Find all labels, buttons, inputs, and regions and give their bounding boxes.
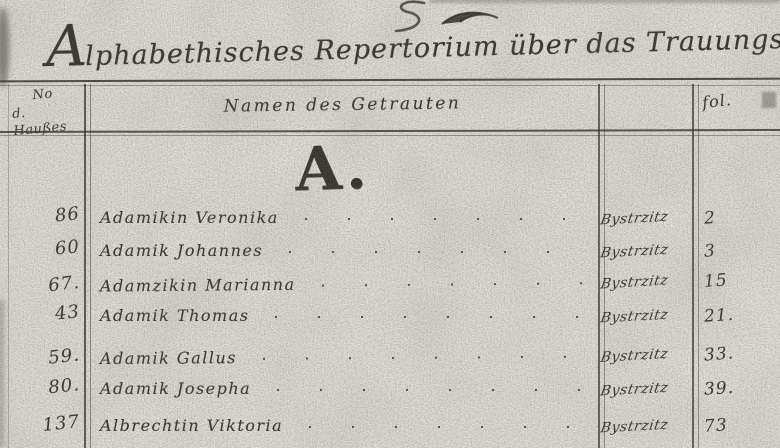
- parish-name: Bystrzitz: [599, 208, 692, 229]
- folio-number: 39.: [703, 376, 756, 400]
- scan-smudge-left: [0, 8, 9, 86]
- folio-number: 2: [703, 205, 756, 229]
- house-number: 43: [23, 301, 81, 328]
- person-name: Albrechtin Viktoria: [100, 416, 283, 435]
- title-rule-bottom: [0, 85, 780, 86]
- table-row: 80. Adamik Josepha Bystrzitz 39.: [0, 377, 780, 407]
- parish-name: Bystrzitz: [599, 241, 692, 262]
- leader-dots: [322, 282, 584, 286]
- parish-name: Bystrzitz: [599, 306, 692, 327]
- house-number-header-line2: d. Haußes: [11, 100, 84, 140]
- header-rule-top: [0, 129, 780, 133]
- leader-dots: [305, 218, 584, 220]
- folio-number: 3: [703, 238, 756, 262]
- scan-mark-right: [762, 92, 776, 108]
- house-number: 137: [23, 411, 81, 438]
- leader-dots: [309, 426, 584, 428]
- header-rule-bottom: [0, 135, 780, 136]
- person-name: Adamik Johannes: [100, 241, 263, 260]
- person-name: Adamikin Veronika: [100, 208, 279, 227]
- leader-dots: [275, 316, 584, 318]
- parish-name: Bystrzitz: [599, 379, 692, 400]
- folio-number: 21.: [703, 303, 756, 327]
- section-letter: A.: [294, 133, 372, 206]
- folio-number: 33.: [703, 342, 756, 366]
- table-row: 67. Adamzikin Marianna Bystrzitz 15: [0, 269, 780, 306]
- person-name: Adamik Thomas: [100, 306, 249, 325]
- folio-number: 73: [703, 413, 756, 437]
- house-number: 59.: [23, 344, 81, 371]
- table-row: 60 Adamik Johannes Bystrzitz 3: [0, 239, 780, 269]
- page-title: Alphabethisches Repertorium über das Tra…: [45, 0, 707, 88]
- column-header-names: Namen des Getrauten: [90, 91, 595, 118]
- person-name: Adamzikin Marianna: [100, 275, 296, 296]
- table-row: 86 Adamikin Veronika Bystrzitz 2: [0, 206, 780, 236]
- parish-name: Bystrzitz: [599, 345, 692, 366]
- house-number: 80.: [23, 374, 81, 401]
- house-number: 86: [23, 203, 81, 230]
- leader-dots: [277, 389, 584, 391]
- table-row: 137 Albrechtin Viktoria Bystrzitz 73: [0, 414, 780, 444]
- folio-number: 15: [703, 268, 756, 292]
- parish-name: Bystrzitz: [599, 271, 692, 293]
- table-row: 43 Adamik Thomas Bystrzitz 21.: [0, 304, 780, 334]
- column-header-folio: fol.: [701, 87, 763, 112]
- parish-name: Bystrzitz: [599, 416, 692, 437]
- leader-dots: [289, 251, 584, 253]
- house-number: 67.: [23, 272, 81, 299]
- person-name: Adamik Gallus: [100, 348, 237, 368]
- table-row: 59. Adamik Gallus Bystrzitz 33.: [0, 342, 780, 377]
- leader-dots: [263, 356, 584, 360]
- person-name: Adamik Josepha: [100, 379, 251, 398]
- column-header-house-number: No d. Haußes: [10, 83, 84, 140]
- register-scan-page: Alphabethisches Repertorium über das Tra…: [0, 0, 780, 448]
- house-number: 60: [23, 236, 81, 263]
